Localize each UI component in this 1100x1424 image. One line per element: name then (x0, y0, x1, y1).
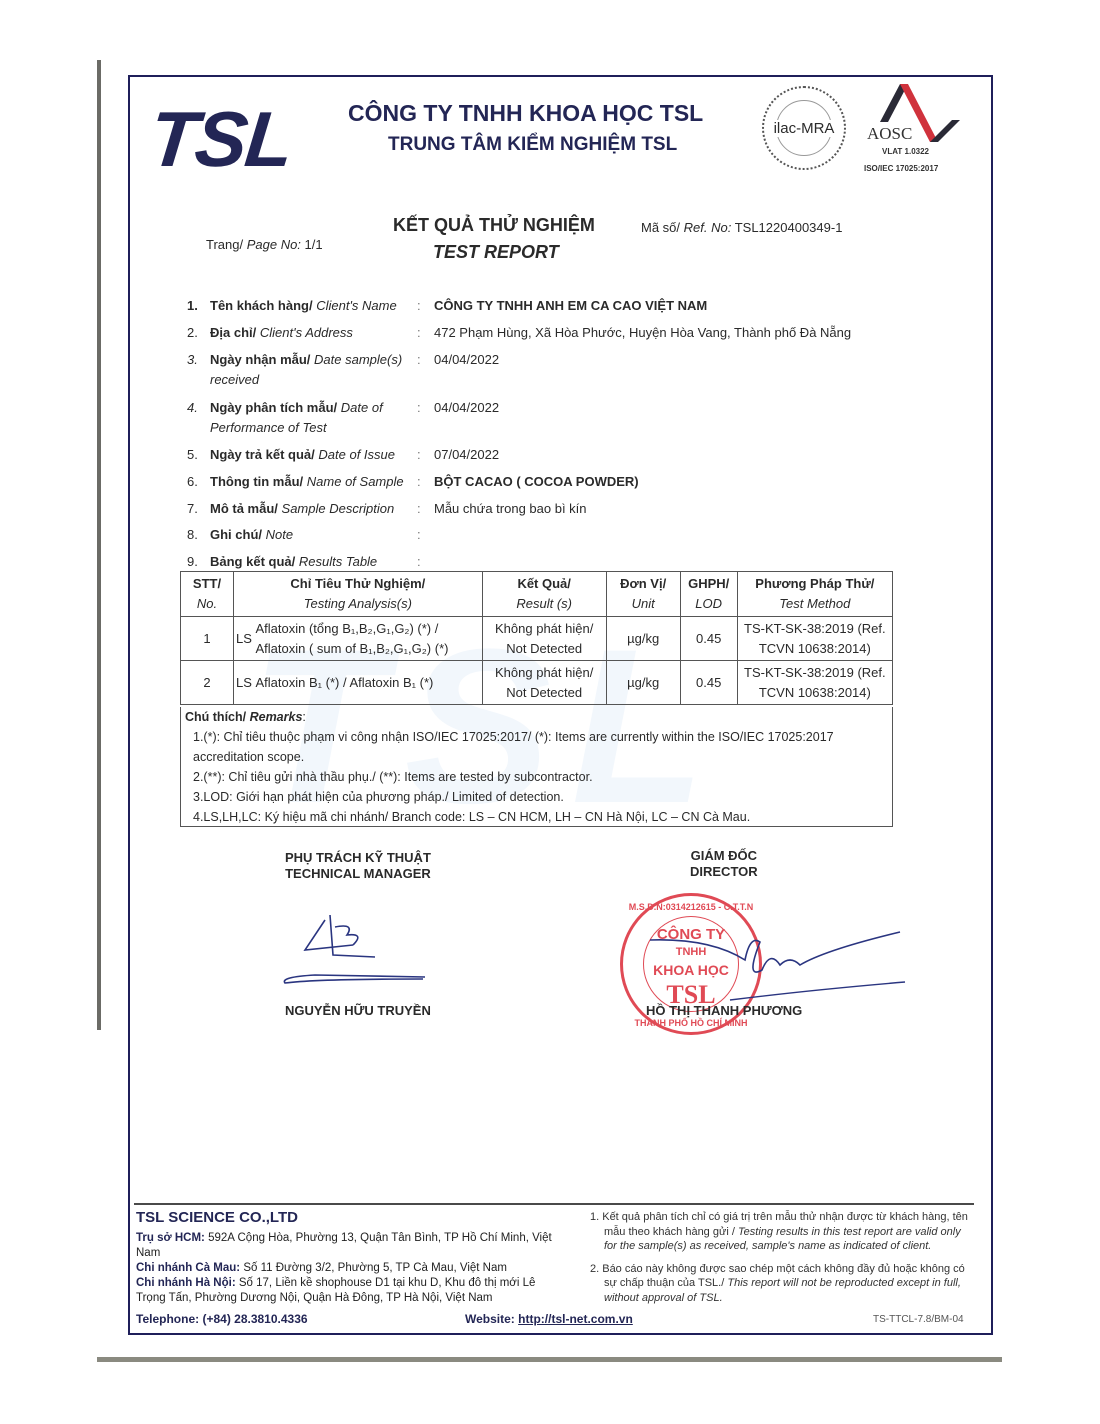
ilac-mra-seal-icon: ilac-MRA (762, 86, 846, 170)
remark-line: 2.(**): Chỉ tiêu gửi nhà thầu phụ./ (**)… (185, 767, 892, 787)
footer-telephone: Telephone: (+84) 28.3810.4336 (136, 1312, 308, 1326)
company-subtitle: TRUNG TÂM KIỂM NGHIỆM TSL (388, 134, 677, 156)
table-row: 2 LS Aflatoxin B₁ (*) / Aflatoxin B₁ (*)… (181, 661, 893, 705)
remarks-box: Chú thích/ Remarks: 1.(*): Chỉ tiêu thuộ… (180, 707, 893, 827)
aosc-code: VLAT 1.0322 (882, 147, 929, 156)
table-row: 1 LS Aflatoxin (tổng B₁,B₂,G₁,G₂) (*) /A… (181, 617, 893, 661)
director-name: HỒ THỊ THANH PHƯƠNG (646, 1003, 802, 1018)
footer-divider (134, 1203, 974, 1205)
page-number: Trang/ Page No: 1/1 (206, 237, 323, 252)
company-title: CÔNG TY TNHH KHOA HỌC TSL (348, 100, 703, 127)
aosc-standard: ISO/IEC 17025:2017 (864, 164, 938, 173)
col-header-result: Kết Quả/Result (s) (482, 572, 606, 617)
scan-edge-bottom (97, 1357, 1002, 1362)
col-header-unit: Đơn Vị/Unit (606, 572, 680, 617)
col-header-lod: GHPH/LOD (680, 572, 737, 617)
technical-manager-title: PHỤ TRÁCH KỸ THUẬT TECHNICAL MANAGER (285, 850, 431, 882)
footer-hanoi-address: Chi nhánh Hà Nội: Số 17, Liền kề shophou… (136, 1276, 566, 1306)
col-header-no: STT/No. (181, 572, 234, 617)
footer-company-name: TSL SCIENCE CO.,LTD (136, 1210, 566, 1225)
scan-edge-left (97, 60, 101, 1030)
director-title: GIÁM ĐỐC DIRECTOR (690, 848, 758, 880)
director-signature-icon (650, 930, 910, 1010)
report-title-vi: KẾT QUẢ THỬ NGHIỆM (393, 215, 595, 236)
col-header-analysis: Chỉ Tiêu Thử Nghiệm/Testing Analysis(s) (234, 572, 483, 617)
technical-manager-name: NGUYỄN HỮU TRUYỀN (285, 1003, 431, 1018)
remark-line: 4.LS,LH,LC: Ký hiệu mã chi nhánh/ Branch… (185, 807, 892, 827)
footer-company-info: TSL SCIENCE CO.,LTD Trụ sở HCM: 592A Cộn… (136, 1210, 566, 1306)
aosc-accreditation-logo: AOSC VLAT 1.0322 ISO/IEC 17025:2017 (864, 84, 964, 180)
form-code: TS-TTCL-7.8/BM-04 (873, 1314, 964, 1325)
page-border (128, 75, 993, 1335)
footer-note-2: 2. Báo cáo này không được sao chép một c… (590, 1262, 972, 1306)
footer-website: Website: http://tsl-net.com.vn (465, 1312, 633, 1326)
footer-hcm-address: Trụ sở HCM: 592A Cộng Hòa, Phường 13, Qu… (136, 1231, 566, 1261)
footer-camau-address: Chi nhánh Cà Mau: Số 11 Đường 3/2, Phườn… (136, 1261, 566, 1276)
reference-number: Mã số/ Ref. No: TSL1220400349-1 (641, 220, 842, 235)
technical-manager-signature-icon (275, 905, 435, 990)
col-header-method: Phương Pháp Thử/Test Method (737, 572, 892, 617)
remark-line: 3.LOD: Giới hạn phát hiện của phương phá… (185, 787, 892, 807)
results-table: STT/No. Chỉ Tiêu Thử Nghiệm/Testing Anal… (180, 571, 893, 705)
remarks-title: Chú thích/ Remarks: (185, 707, 892, 727)
aosc-label: AOSC (867, 124, 912, 144)
remark-line: 1.(*): Chỉ tiêu thuộc phạm vi công nhận … (185, 727, 892, 747)
footer-notes: 1. Kết quả phân tích chỉ có giá trị trên… (590, 1210, 972, 1313)
table-header-row: STT/No. Chỉ Tiêu Thử Nghiệm/Testing Anal… (181, 572, 893, 617)
remark-line: accreditation scope. (185, 747, 892, 767)
tsl-logo: TSL (146, 100, 296, 178)
footer-note-1: 1. Kết quả phân tích chỉ có giá trị trên… (590, 1210, 972, 1254)
ilac-label: ilac-MRA (772, 120, 837, 137)
website-link[interactable]: http://tsl-net.com.vn (518, 1312, 633, 1326)
report-title-en: TEST REPORT (433, 242, 559, 263)
